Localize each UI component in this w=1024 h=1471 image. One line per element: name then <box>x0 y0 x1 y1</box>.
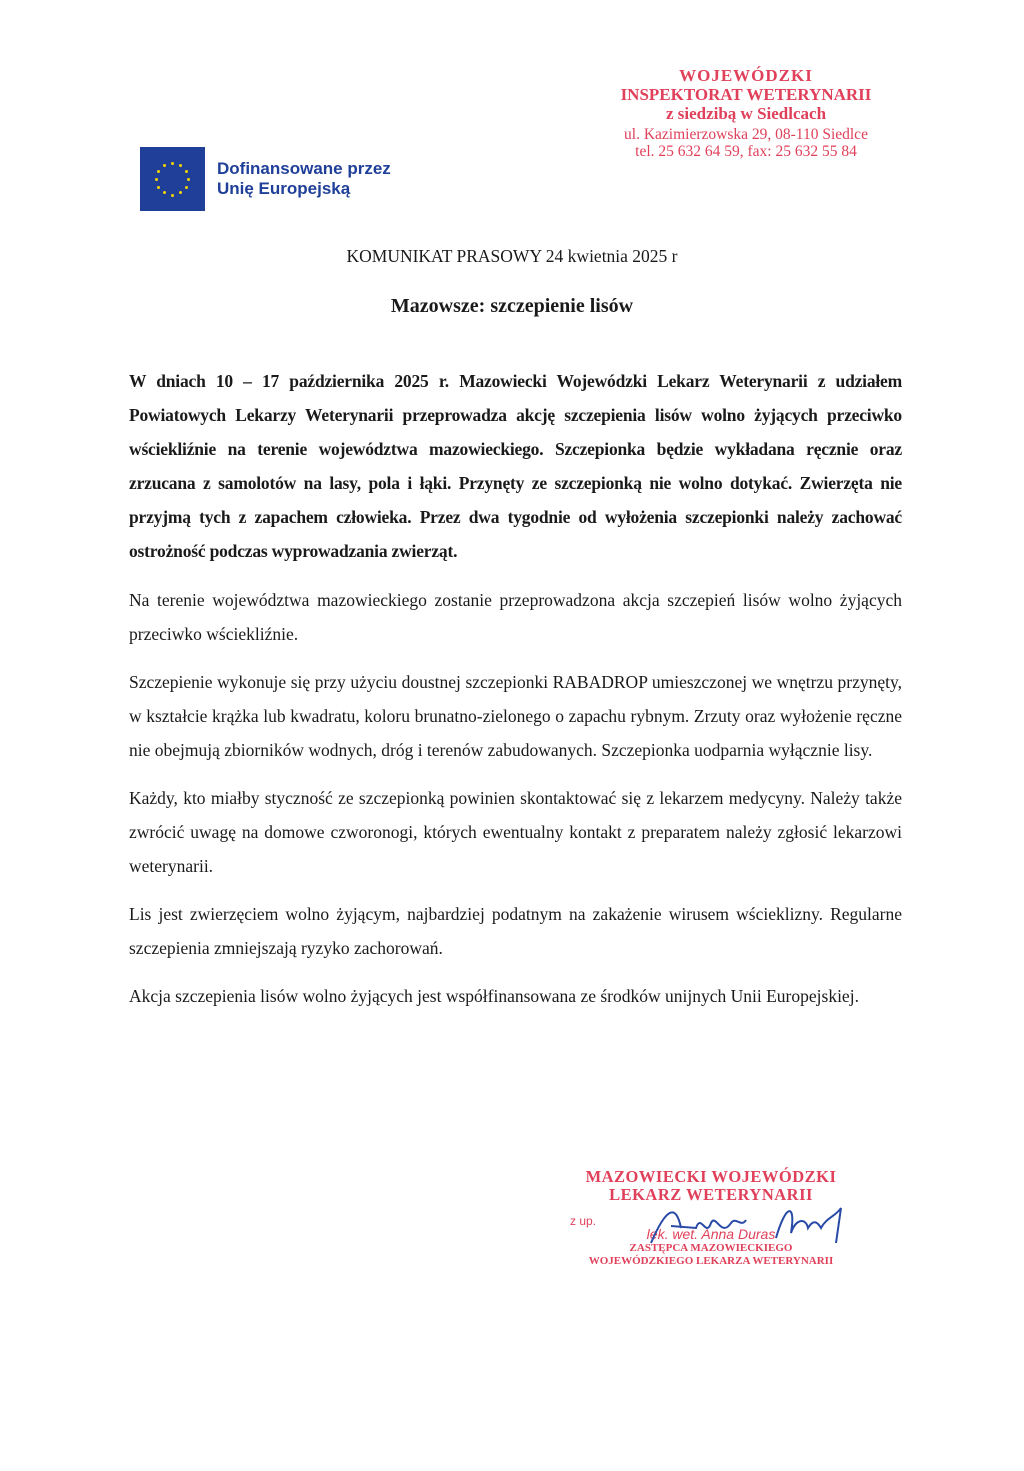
eu-star-icon <box>163 164 166 167</box>
eu-star-icon <box>171 194 174 197</box>
body-paragraph: Akcja szczepienia lisów wolno żyjących j… <box>129 979 902 1013</box>
stamp-line-3: z siedzibą w Siedlcach <box>596 104 896 123</box>
signature-stamp: MAZOWIECKI WOJEWÓDZKI LEKARZ WETERYNARII… <box>556 1168 866 1269</box>
press-release-kicker: KOMUNIKAT PRASOWY 24 kwietnia 2025 r <box>0 246 1024 267</box>
body-paragraph: Każdy, kto miałby styczność ze szczepion… <box>129 781 902 883</box>
document-body: W dniach 10 – 17 października 2025 r. Ma… <box>129 364 902 1027</box>
stamp-contact: tel. 25 632 64 59, fax: 25 632 55 84 <box>596 143 896 160</box>
lead-paragraph: W dniach 10 – 17 października 2025 r. Ma… <box>129 364 902 568</box>
eu-star-icon <box>187 178 190 181</box>
eu-text-line-1: Dofinansowane przez <box>217 159 391 179</box>
body-paragraph: Lis jest zwierzęciem wolno żyjącym, najb… <box>129 897 902 965</box>
stamp-address: ul. Kazimierzowska 29, 08-110 Siedlce <box>596 126 896 143</box>
eu-star-icon <box>185 186 188 189</box>
body-paragraph: Na terenie województwa mazowieckiego zos… <box>129 583 902 651</box>
eu-funding-text: Dofinansowane przez Unię Europejską <box>217 159 391 200</box>
eu-star-icon <box>155 178 158 181</box>
body-paragraph: Szczepienie wykonuje się przy użyciu dou… <box>129 665 902 767</box>
eu-funding-logo: Dofinansowane przez Unię Europejską <box>140 147 391 211</box>
signatory-role-2: WOJEWÓDZKIEGO LEKARZA WETERYNARII <box>556 1255 866 1268</box>
document-title: Mazowsze: szczepienie lisów <box>0 295 1024 318</box>
signature-line-1: MAZOWIECKI WOJEWÓDZKI <box>556 1168 866 1186</box>
eu-star-icon <box>185 170 188 173</box>
stamp-line-1: WOJEWÓDZKI <box>596 66 896 85</box>
stamp-line-2: INSPEKTORAT WETERYNARII <box>596 85 896 104</box>
signature-z-up: z up. <box>570 1214 596 1228</box>
eu-flag-icon <box>140 147 205 211</box>
institution-stamp: WOJEWÓDZKI INSPEKTORAT WETERYNARII z sie… <box>596 66 896 161</box>
eu-star-icon <box>179 191 182 194</box>
eu-star-icon <box>157 186 160 189</box>
eu-star-icon <box>179 164 182 167</box>
eu-star-icon <box>171 162 174 165</box>
handwritten-signature-icon <box>646 1198 856 1248</box>
eu-star-icon <box>163 191 166 194</box>
eu-text-line-2: Unię Europejską <box>217 179 391 199</box>
eu-star-icon <box>157 170 160 173</box>
